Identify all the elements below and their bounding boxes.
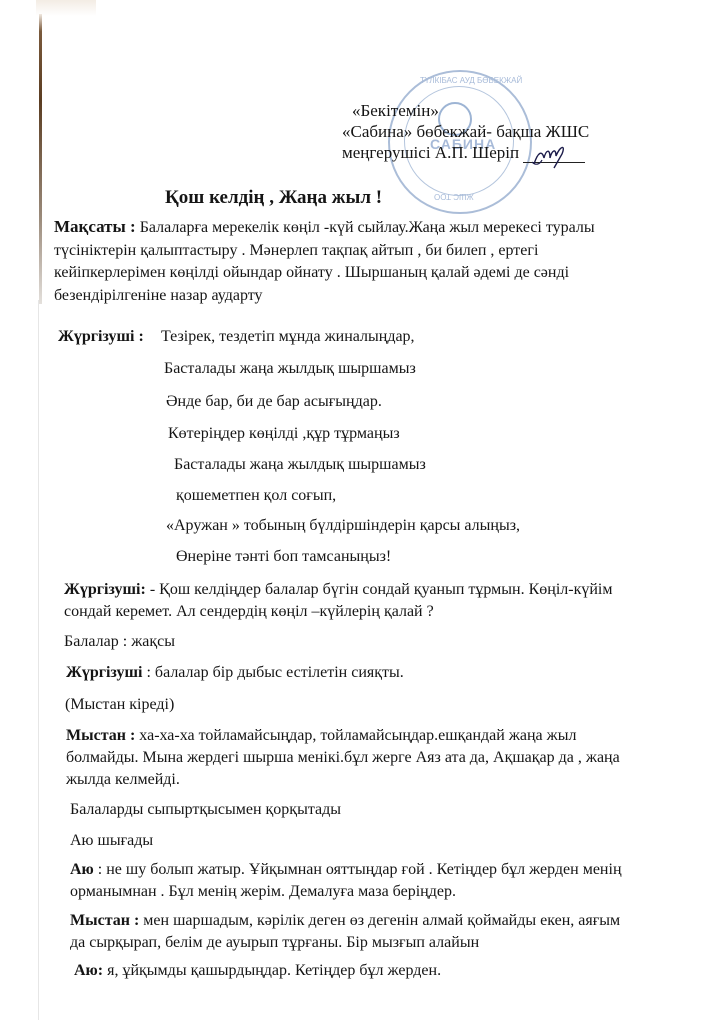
scan-edge-line-faint: [38, 300, 39, 1020]
document-page: ТҮЛКІБАС АУД БӨБЕКЖАЙ САБИНА ЖШС ТОО «Бе…: [0, 0, 724, 1024]
speaker-label: Мыстан :: [66, 727, 135, 744]
speaker-label: Аю: [70, 861, 94, 878]
stage-direction: Балаларды сыпыртқысымен қорқытады: [70, 798, 341, 821]
approval-line-1: «Бекітемін»: [342, 100, 589, 121]
speaker-label: Аю:: [74, 962, 103, 979]
dialogue-line: мен шаршадым, кәрілік деген өз дегенін а…: [139, 912, 620, 929]
verse-line: Көтеріңдер көңілді ,құр тұрмаңыз: [168, 425, 400, 443]
dialogue-line: орманымнан . Бұл менің жерім. Демалуға м…: [70, 881, 622, 903]
approval-line-3-text: меңгерушісі А.П. Шеріп: [342, 143, 519, 162]
dialogue-line: - Қош келдіңдер балалар бүгін сондай қуа…: [146, 581, 613, 598]
dialogue-line: болмайды. Мына жердегі шырша менікі.бұл …: [66, 747, 620, 769]
scan-shadow: [36, 0, 96, 16]
dialogue-line: сондай керемет. Ал сендердің көңіл –күйл…: [64, 601, 612, 623]
verse-line: Тезірек, тездетіп мұнда жиналыңдар,: [161, 328, 415, 346]
goal-line: кейіпкерлерімен көңілді ойындар ойнату .…: [54, 262, 595, 285]
verse-line: Басталады жаңа жылдық шыршамыз: [174, 456, 426, 474]
approval-line-2: «Сабина» бөбекжай- бақша ЖШС: [342, 121, 589, 142]
dialogue-line: ха-ха-ха тойламайсыңдар, тойламайсыңдар.…: [135, 727, 576, 744]
dialogue-line: жылда келмейді.: [66, 769, 620, 791]
verse-line: қошеметпен қол соғып,: [176, 487, 336, 505]
scan-edge-line: [39, 14, 42, 304]
dialogue-line: я, ұйқымды қашырдыңдар. Кетіңдер бұл жер…: [103, 962, 441, 979]
signature-icon: [532, 142, 572, 170]
goal-section: Мақсаты : Балаларға мерекелік көңіл -күй…: [54, 216, 595, 307]
speaker-label: Жүргізуші: [66, 664, 142, 681]
goal-label: Мақсаты :: [54, 217, 136, 236]
verse-line: Өнеріне тәнті боп тамсаныңыз!: [176, 548, 391, 566]
dialogue-line: : балалар бір дыбыс естілетін сияқты.: [142, 664, 403, 681]
goal-line: Балаларға мерекелік көңіл -күй сыйлау.Жа…: [136, 219, 595, 236]
dialogue-children: Балалар : жақсы: [64, 630, 175, 653]
stage-direction: (Мыстан кіреді): [65, 693, 174, 716]
verse-line: Басталады жаңа жылдық шыршамыз: [164, 360, 416, 378]
speaker-label: Мыстан :: [70, 912, 139, 929]
verse-line: «Аружан » тобының бүлдіршіндерін қарсы а…: [166, 517, 520, 535]
dialogue-line: : не шу болып жатыр. Ұйқымнан ояттыңдар …: [94, 861, 622, 878]
goal-line: безендірілгеніне назар аударту: [54, 285, 595, 308]
stamp-ring-text: ТҮЛКІБАС АУД БӨБЕКЖАЙ: [420, 76, 522, 85]
dialogue-line: да сырқырап, белім де ауырып тұрғаны. Бі…: [70, 932, 620, 954]
document-title: Қош келдің , Жаңа жыл !: [165, 187, 382, 209]
stamp-bottom-text: ЖШС ТОО: [434, 192, 474, 201]
dialogue-witch-2: Мыстан : мен шаршадым, кәрілік деген өз …: [70, 910, 620, 954]
dialogue-bear-1: Аю : не шу болып жатыр. Ұйқымнан ояттыңд…: [70, 859, 622, 903]
dialogue-host-2: Жүргізуші : балалар бір дыбыс естілетін …: [66, 661, 404, 684]
verse-line: Әнде бар, би де бар асығыңдар.: [166, 393, 382, 411]
goal-line: түсініктерін қалыптастыру . Мәнерлеп тақ…: [54, 240, 595, 263]
dialogue-witch-1: Мыстан : ха-ха-ха тойламайсыңдар, тойлам…: [66, 725, 620, 791]
stage-direction: Аю шығады: [70, 829, 153, 852]
host-speaker-label: Жүргізуші :: [58, 328, 144, 346]
speaker-label: Жүргізуші:: [64, 581, 146, 598]
dialogue-host-1: Жүргізуші: - Қош келдіңдер балалар бүгін…: [64, 579, 612, 623]
dialogue-bear-2: Аю: я, ұйқымды қашырдыңдар. Кетіңдер бұл…: [74, 959, 441, 982]
